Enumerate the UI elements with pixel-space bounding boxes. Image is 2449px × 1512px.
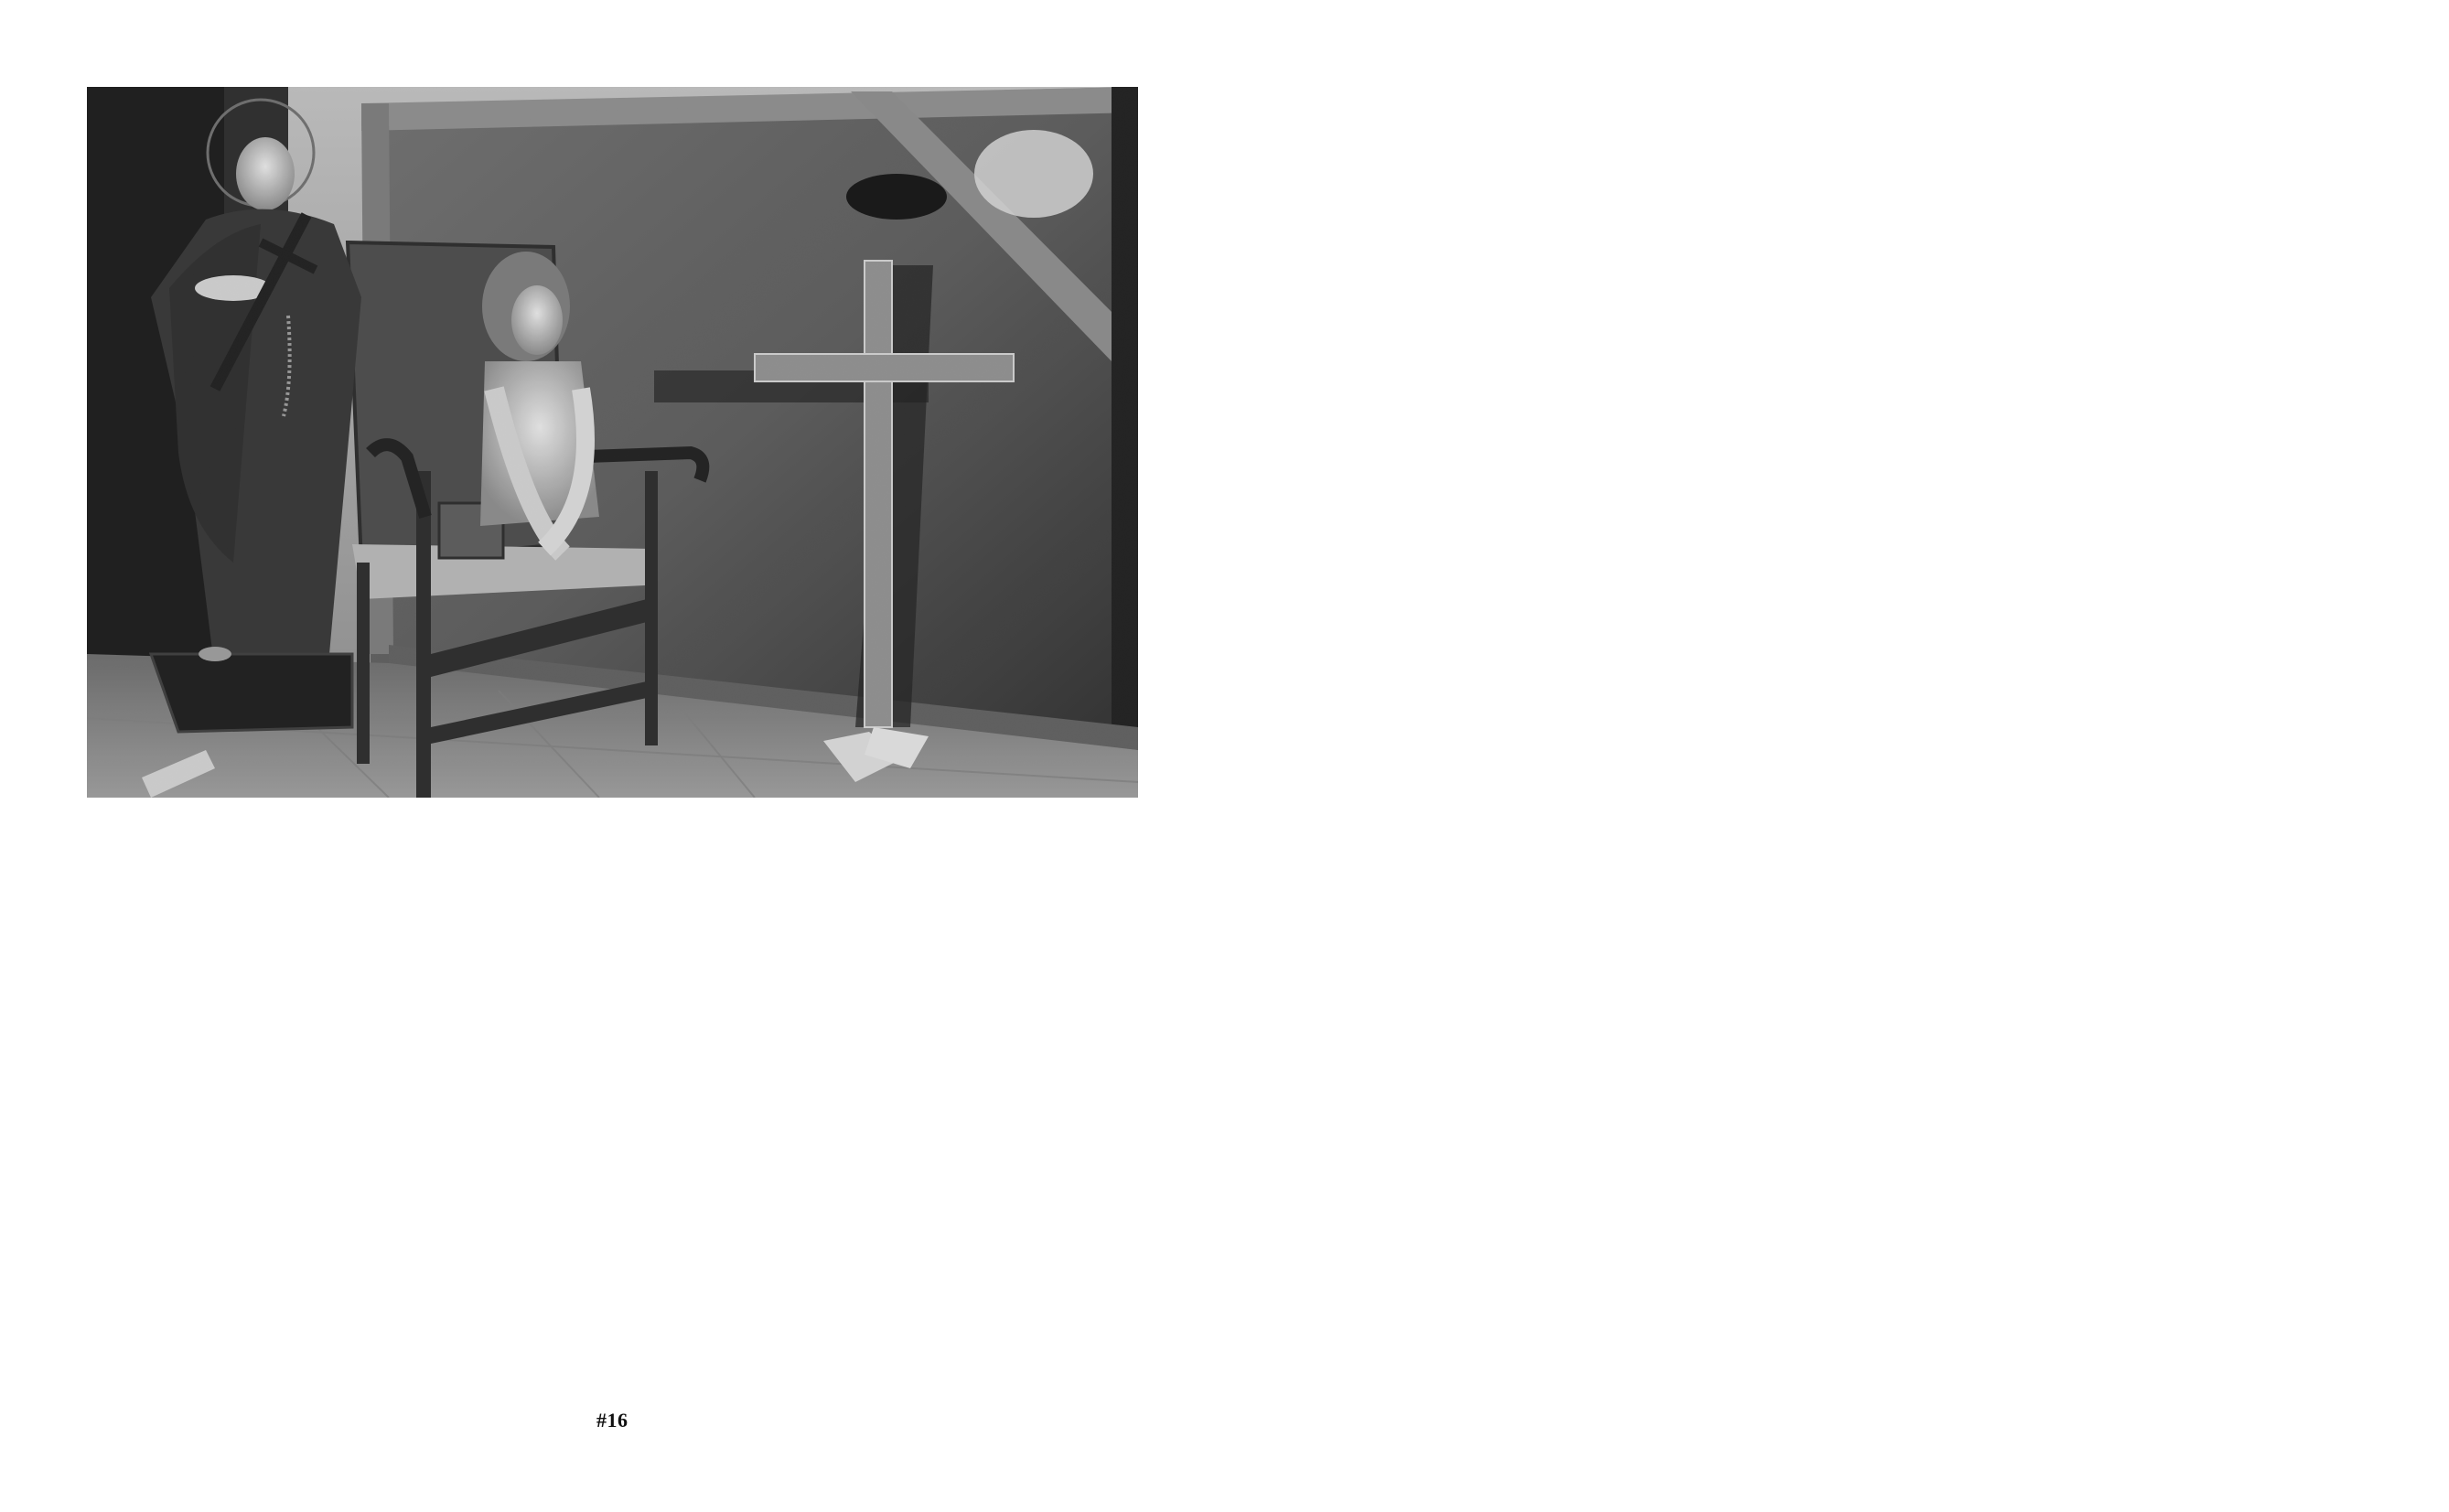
photograph	[87, 87, 1138, 798]
plate-number: #16	[596, 1410, 628, 1432]
left-page: #16	[0, 0, 1224, 1512]
photo-illustration	[87, 87, 1138, 798]
book-spread: #16	[0, 0, 2449, 1512]
right-page	[1224, 0, 2449, 1512]
